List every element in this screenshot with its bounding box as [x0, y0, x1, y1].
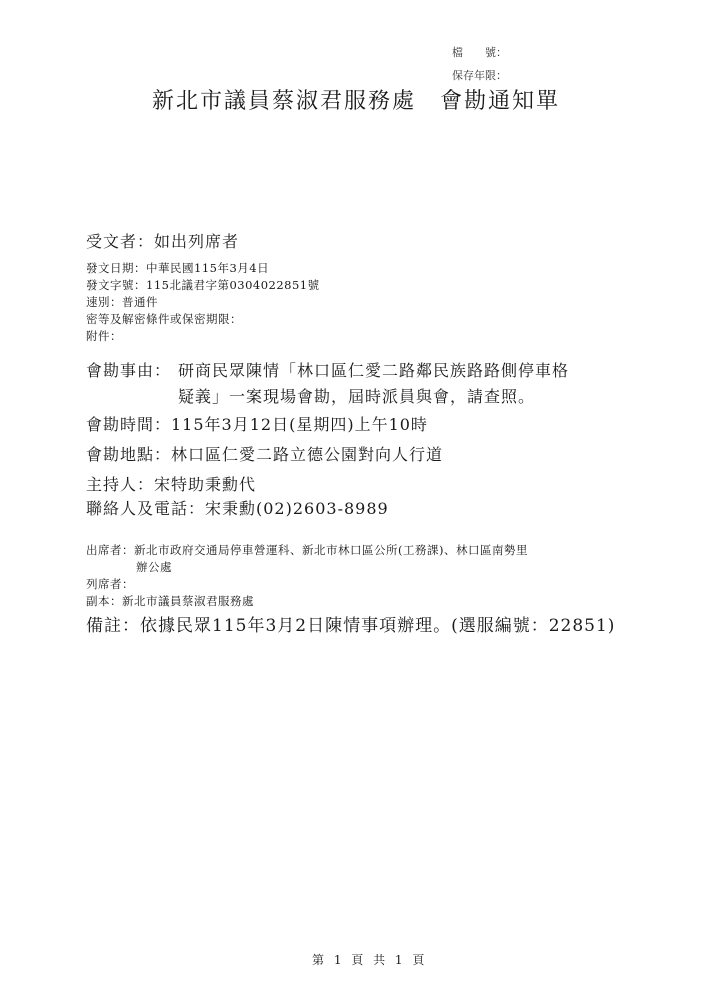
- inspection-reason-label: 會勘事由：: [86, 358, 171, 381]
- page-number: 第 1 頁 共 1 頁: [312, 951, 427, 968]
- inspection-reason-line1: 研商民眾陳情「林口區仁愛二路鄰民族路路側停車格: [178, 358, 569, 381]
- delivery-speed: 速別：普通件: [86, 294, 158, 311]
- attendees-line2: 辦公處: [136, 559, 172, 576]
- inspection-time: 會勘時間：115年3月12日(星期四)上午10時: [86, 412, 428, 435]
- retention-period-label: 保存年限：: [452, 67, 507, 83]
- observers: 列席者：: [86, 576, 134, 593]
- inspection-location: 會勘地點：林口區仁愛二路立德公園對向人行道: [86, 442, 443, 465]
- attendees-line1: 出席者：新北市政府交通局停車營運科、新北市林口區公所(工務課)、林口區南勢里: [86, 542, 528, 559]
- file-number-label: 檔 號：: [452, 44, 507, 60]
- host: 主持人：宋特助秉勳代: [86, 472, 256, 495]
- office-title: 新北市議員蔡淑君服務處: [152, 84, 416, 115]
- inspection-reason-line2: 疑義」一案現場會勘，屆時派員與會，請查照。: [178, 384, 535, 407]
- issue-number: 發文字號：115北議君字第0304022851號: [86, 277, 320, 294]
- document-type-title: 會勘通知單: [440, 84, 560, 115]
- recipient: 受文者：如出列席者: [86, 229, 239, 252]
- remark: 備註：依據民眾115年3月2日陳情事項辦理。(選服編號：22851): [86, 611, 615, 636]
- contact-info: 聯絡人及電話：宋秉勳(02)2603-8989: [86, 496, 389, 519]
- copy-recipients: 副本：新北市議員蔡淑君服務處: [86, 593, 254, 610]
- attachment: 附件：: [86, 328, 122, 345]
- secrecy-level: 密等及解密條件或保密期限：: [86, 311, 242, 328]
- issue-date: 發文日期：中華民國115年3月4日: [86, 260, 269, 277]
